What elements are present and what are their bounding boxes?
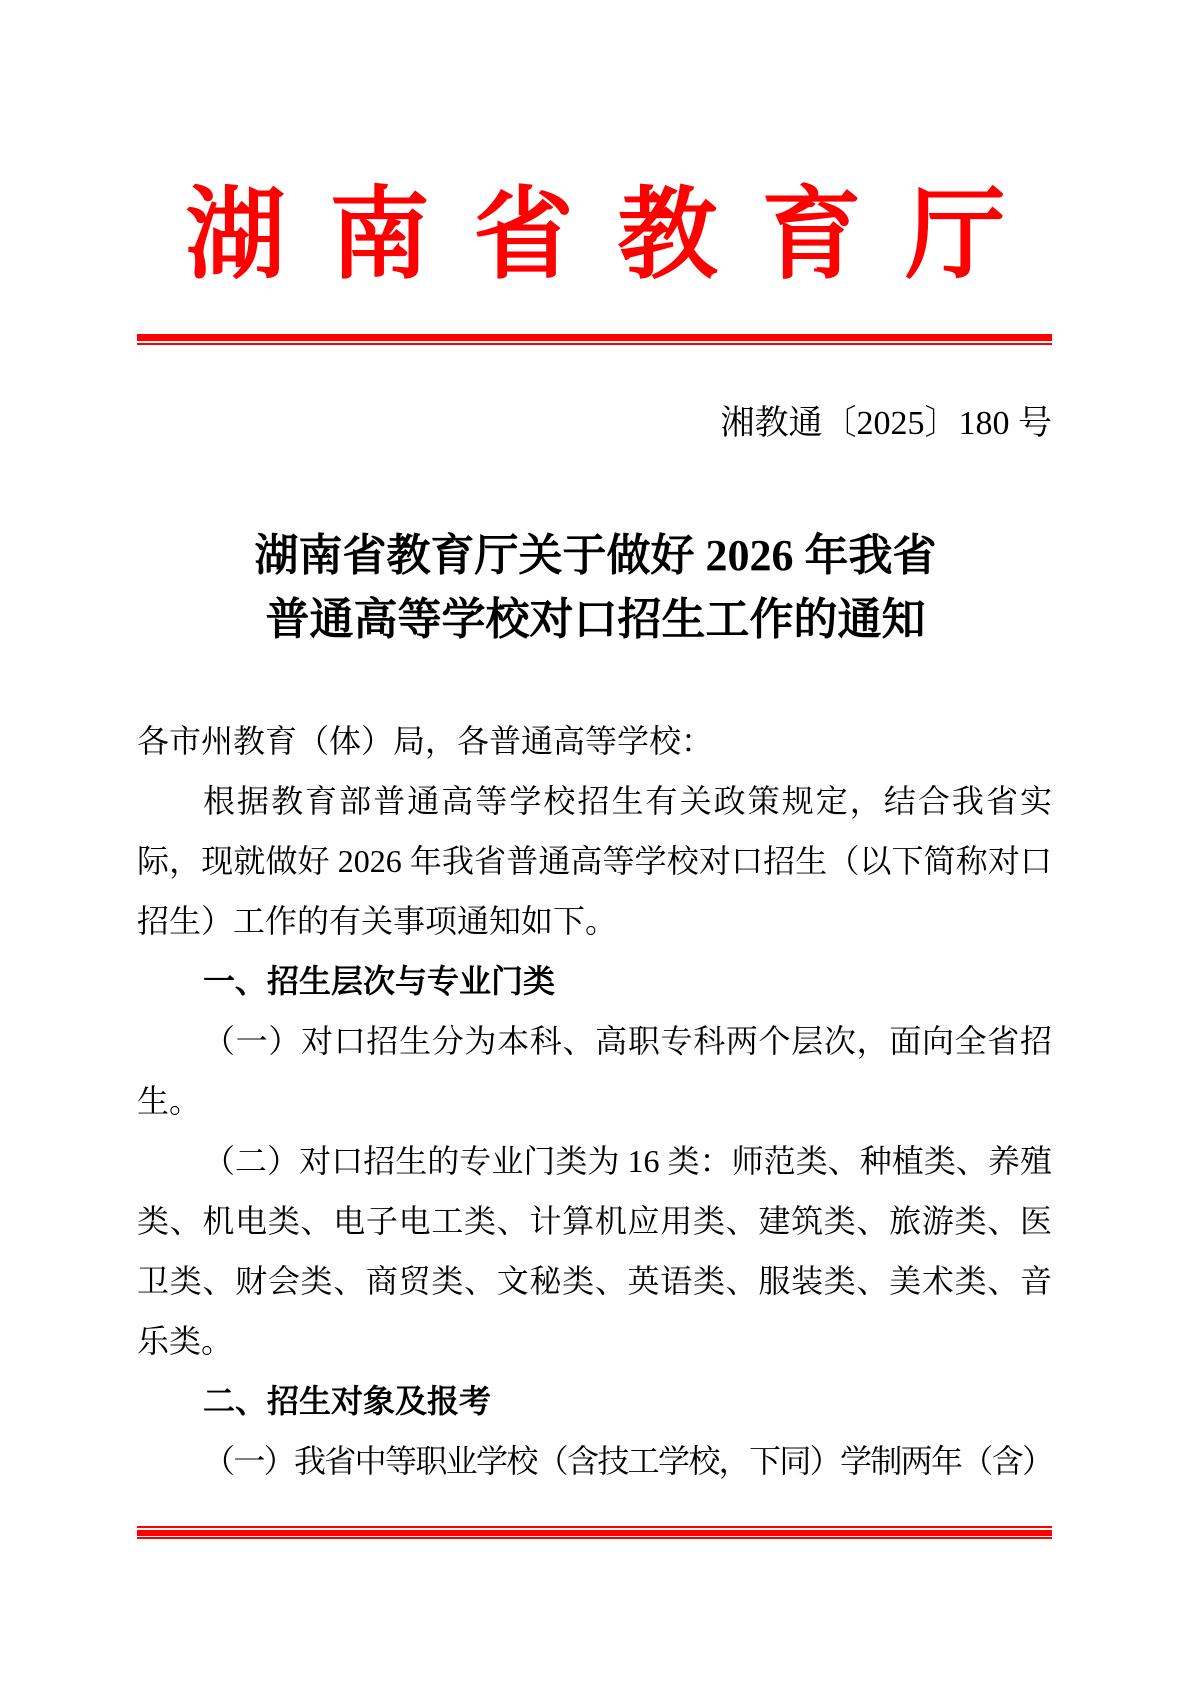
section-heading-2: 二、招生对象及报考 — [137, 1371, 1052, 1431]
document-title-line2: 普通高等学校对口招生工作的通知 — [266, 595, 926, 644]
letterhead-title: 湖南省教育厅 — [0, 182, 1191, 290]
document-title: 湖南省教育厅关于做好 2026 年我省 普通高等学校对口招生工作的通知 — [0, 524, 1191, 652]
paragraph-levels: （一）对口招生分为本科、高职专科两个层次，面向全省招生。 — [137, 1011, 1052, 1131]
footer-separator-line — [137, 1526, 1052, 1539]
separator-thin-bar — [137, 1537, 1052, 1539]
paragraph-intro: 根据教育部普通高等学校招生有关政策规定，结合我省实际，现就做好 2026 年我省… — [137, 771, 1052, 951]
separator-thick-bar — [137, 334, 1052, 341]
document-page: 湖南省教育厅 湘教通〔2025〕180 号 湖南省教育厅关于做好 2026 年我… — [0, 0, 1191, 1684]
header-separator-line — [137, 334, 1052, 345]
document-body: 各市州教育（体）局，各普通高等学校： 根据教育部普通高等学校招生有关政策规定，结… — [137, 711, 1052, 1491]
document-number: 湘教通〔2025〕180 号 — [137, 403, 1052, 445]
section-heading-1: 一、招生层次与专业门类 — [137, 951, 1052, 1011]
paragraph-continued: （一）我省中等职业学校（含技工学校，下同）学制两年（含） — [137, 1431, 1052, 1491]
separator-thin-bar — [137, 343, 1052, 345]
document-title-line1: 湖南省教育厅关于做好 2026 年我省 — [255, 531, 937, 580]
paragraph-categories: （二）对口招生的专业门类为 16 类：师范类、种植类、养殖类、机电类、电子电工类… — [137, 1131, 1052, 1371]
salutation: 各市州教育（体）局，各普通高等学校： — [137, 711, 1052, 771]
